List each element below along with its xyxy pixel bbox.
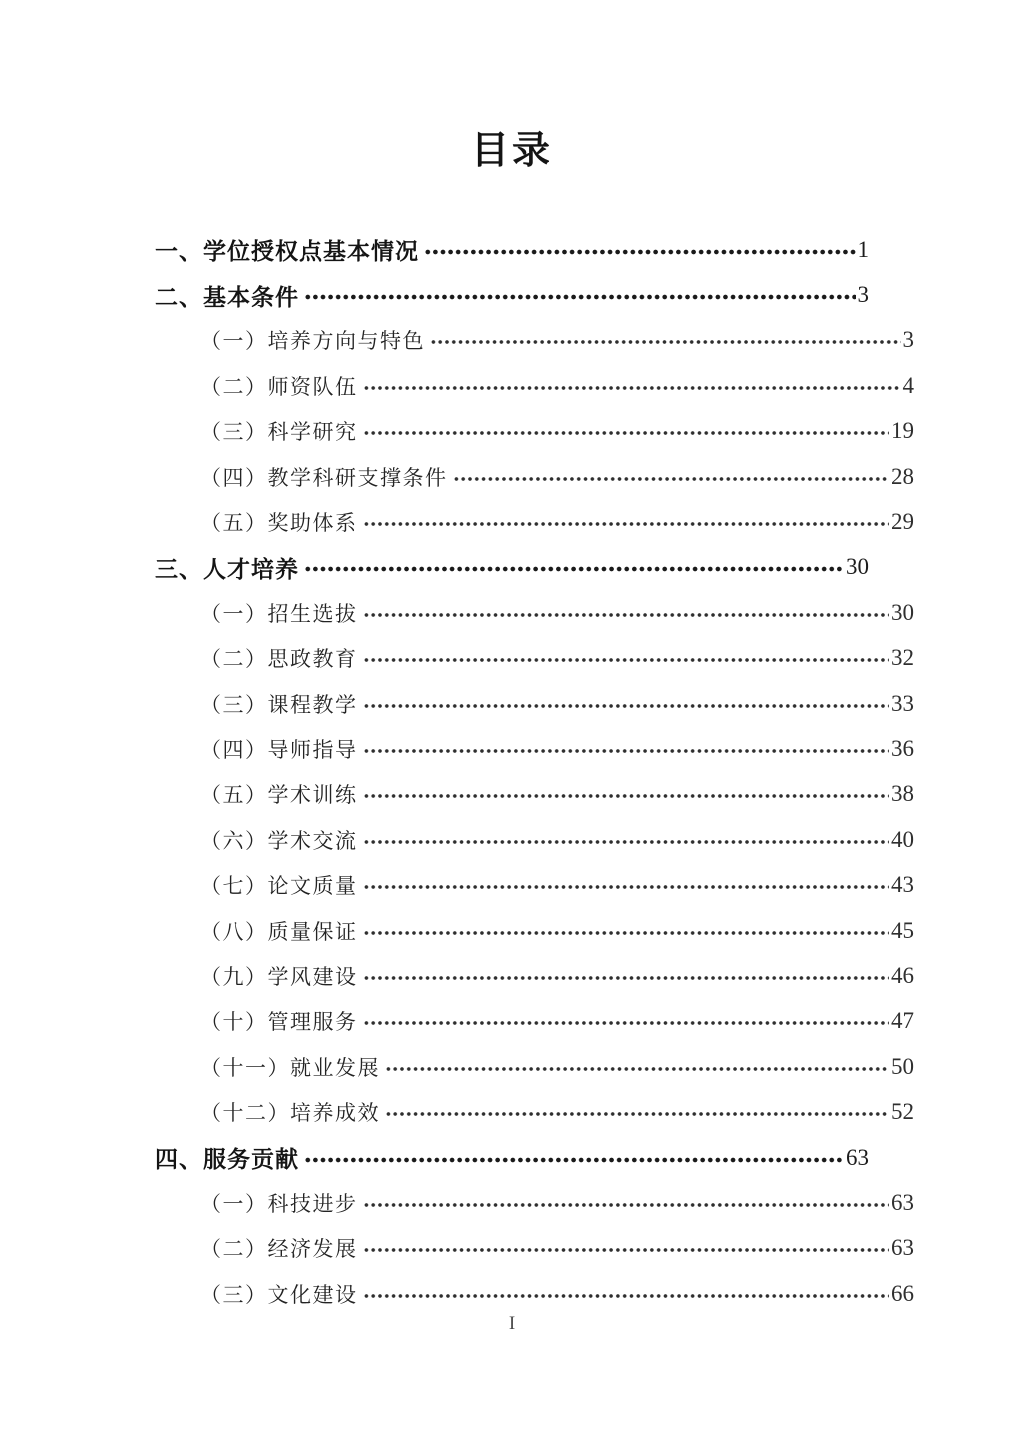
- toc-dot-leader: [363, 427, 890, 439]
- toc-entry-label: （一）科技进步: [200, 1188, 358, 1218]
- toc-entry-label: （二）师资队伍: [200, 371, 358, 401]
- toc-dot-leader: [453, 473, 890, 485]
- toc-entry-label: （五）奖助体系: [200, 507, 358, 537]
- toc-entry[interactable]: （一）培养方向与特色 3: [155, 318, 914, 363]
- toc-entry-page: 47: [891, 1008, 914, 1034]
- toc-entry[interactable]: （三）科学研究 19: [155, 409, 914, 454]
- toc-entry-page: 28: [891, 464, 914, 490]
- page-number-footer: I: [0, 1313, 1024, 1335]
- toc-entry[interactable]: （三）文化建设 66: [155, 1271, 914, 1316]
- toc-entry-page: 36: [891, 736, 914, 762]
- toc-dot-leader: [363, 700, 890, 712]
- toc-dot-leader: [385, 1063, 889, 1075]
- toc-dot-leader: [363, 654, 890, 666]
- toc-dot-leader: [363, 382, 901, 394]
- toc-dot-leader: [363, 1290, 890, 1302]
- toc-entry[interactable]: （十二）培养成效 52: [155, 1089, 914, 1134]
- toc-entry-page: 46: [891, 963, 914, 989]
- toc-entry[interactable]: （六）学术交流 40: [155, 817, 914, 862]
- toc-entry[interactable]: 二、基本条件 3: [155, 272, 869, 317]
- toc-entry-page: 52: [891, 1099, 914, 1125]
- toc-entry-label: （一）招生选拔: [200, 598, 358, 628]
- toc-entry-page: 50: [891, 1054, 914, 1080]
- toc-entry[interactable]: （一）科技进步 63: [155, 1180, 914, 1225]
- toc-entry-label: 二、基本条件: [155, 279, 299, 312]
- toc-list: 一、学位授权点基本情况 1 二、基本条件 3 （一）培养方向与特色 3 （二）师…: [155, 227, 869, 1316]
- toc-entry[interactable]: （一）招生选拔 30: [155, 590, 914, 635]
- page-title: 目录: [0, 129, 1024, 173]
- toc-entry-label: 一、学位授权点基本情况: [155, 233, 419, 266]
- toc-entry-label: 三、人才培养: [155, 551, 299, 584]
- toc-entry-page: 66: [891, 1281, 914, 1307]
- toc-entry-page: 43: [891, 872, 914, 898]
- toc-entry-label: （九）学风建设: [200, 961, 358, 991]
- toc-entry[interactable]: 一、学位授权点基本情况 1: [155, 227, 869, 272]
- toc-entry[interactable]: （十一）就业发展 50: [155, 1044, 914, 1089]
- toc-entry[interactable]: （四）导师指导 36: [155, 726, 914, 771]
- toc-dot-leader: [363, 518, 890, 530]
- toc-entry-label: （三）科学研究: [200, 416, 358, 446]
- toc-entry-page: 40: [891, 827, 914, 853]
- toc-entry-label: （十一）就业发展: [200, 1052, 380, 1082]
- toc-entry-label: （十）管理服务: [200, 1006, 358, 1036]
- toc-entry-page: 1: [858, 237, 870, 263]
- toc-entry[interactable]: （五）奖助体系 29: [155, 499, 914, 544]
- toc-entry-page: 4: [903, 373, 915, 399]
- toc-dot-leader: [363, 1017, 890, 1029]
- toc-dot-leader: [363, 927, 890, 939]
- toc-dot-leader: [304, 291, 856, 303]
- toc-entry-page: 63: [891, 1235, 914, 1261]
- document-page: 目录 一、学位授权点基本情况 1 二、基本条件 3 （一）培养方向与特色 3 （…: [0, 0, 1024, 1448]
- toc-dot-leader: [363, 1244, 890, 1256]
- toc-dot-leader: [304, 563, 844, 575]
- toc-entry-label: （六）学术交流: [200, 825, 358, 855]
- toc-entry[interactable]: （十）管理服务 47: [155, 999, 914, 1044]
- toc-entry[interactable]: （四）教学科研支撑条件 28: [155, 454, 914, 499]
- toc-entry-label: （五）学术训练: [200, 779, 358, 809]
- toc-entry-label: （十二）培养成效: [200, 1097, 380, 1127]
- toc-entry-label: （四）教学科研支撑条件: [200, 462, 448, 492]
- toc-dot-leader: [304, 1154, 844, 1166]
- toc-entry[interactable]: （三）课程教学 33: [155, 681, 914, 726]
- toc-entry[interactable]: 三、人才培养 30: [155, 545, 869, 590]
- toc-entry-page: 33: [891, 691, 914, 717]
- toc-entry[interactable]: （二）师资队伍 4: [155, 363, 914, 408]
- toc-entry-label: （三）文化建设: [200, 1279, 358, 1309]
- toc-dot-leader: [363, 790, 890, 802]
- toc-entry[interactable]: （二）经济发展 63: [155, 1226, 914, 1271]
- toc-entry-page: 45: [891, 918, 914, 944]
- toc-entry-label: （二）思政教育: [200, 643, 358, 673]
- toc-entry-page: 38: [891, 781, 914, 807]
- toc-dot-leader: [363, 1199, 890, 1211]
- toc-dot-leader: [385, 1108, 889, 1120]
- toc-entry-label: （三）课程教学: [200, 689, 358, 719]
- toc-entry-page: 29: [891, 509, 914, 535]
- toc-entry[interactable]: （二）思政教育 32: [155, 636, 914, 681]
- toc-dot-leader: [363, 881, 890, 893]
- toc-entry[interactable]: （九）学风建设 46: [155, 953, 914, 998]
- toc-entry-label: 四、服务贡献: [155, 1141, 299, 1174]
- toc-dot-leader: [363, 609, 890, 621]
- toc-entry-label: （二）经济发展: [200, 1233, 358, 1263]
- toc-entry-page: 30: [891, 600, 914, 626]
- toc-dot-leader: [363, 745, 890, 757]
- toc-entry-label: （七）论文质量: [200, 870, 358, 900]
- toc-entry-page: 63: [891, 1190, 914, 1216]
- toc-entry-page: 3: [858, 282, 870, 308]
- toc-entry-page: 19: [891, 418, 914, 444]
- toc-entry[interactable]: （五）学术训练 38: [155, 772, 914, 817]
- toc-entry-label: （四）导师指导: [200, 734, 358, 764]
- toc-entry-page: 30: [846, 554, 869, 580]
- toc-dot-leader: [363, 972, 890, 984]
- toc-entry-page: 32: [891, 645, 914, 671]
- toc-entry-page: 63: [846, 1145, 869, 1171]
- toc-entry[interactable]: （七）论文质量 43: [155, 862, 914, 907]
- toc-entry[interactable]: 四、服务贡献 63: [155, 1135, 869, 1180]
- toc-dot-leader: [430, 336, 901, 348]
- toc-entry[interactable]: （八）质量保证 45: [155, 908, 914, 953]
- toc-entry-page: 3: [903, 327, 915, 353]
- toc-entry-label: （一）培养方向与特色: [200, 325, 425, 355]
- toc-dot-leader: [363, 836, 890, 848]
- toc-entry-label: （八）质量保证: [200, 916, 358, 946]
- toc-dot-leader: [424, 246, 856, 258]
